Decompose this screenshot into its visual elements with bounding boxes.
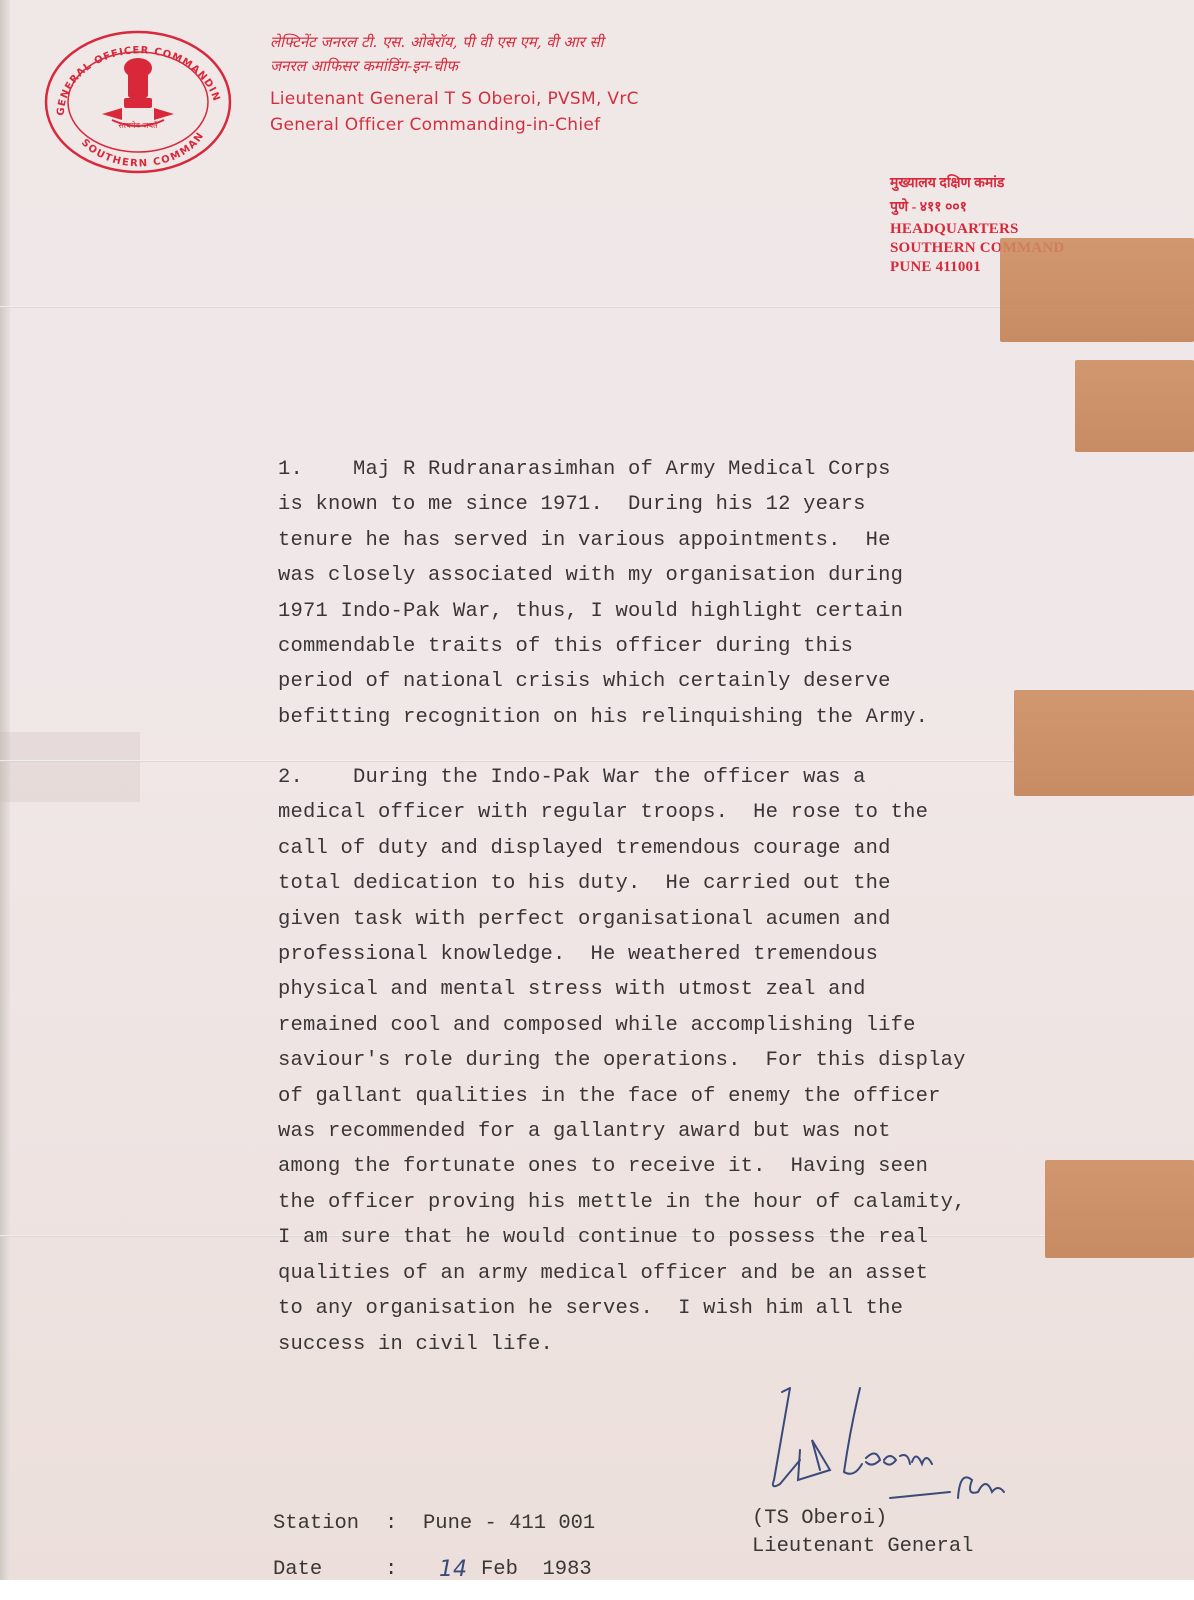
letterhead-hindi-title: जनरल आफिसर कमांडिंग-इन-चीफ: [270, 54, 639, 78]
address-hindi-1: मुख्यालय दक्षिण कमांड: [890, 172, 1064, 196]
background: [0, 1580, 1194, 1600]
signature: [760, 1380, 1040, 1510]
station-row: Station : Pune - 411 001: [273, 1500, 595, 1546]
text-line: was closely associated with my organisat…: [278, 558, 1058, 593]
address-line-1: HEADQUARTERS: [890, 220, 1064, 239]
text-line: qualities of an army medical officer and…: [278, 1256, 1058, 1291]
letter-page: GENERAL OFFICER COMMANDING-IN-CHIEF SOUT…: [0, 0, 1194, 1580]
station-value: Pune - 411 001: [423, 1512, 595, 1535]
text-line: saviour's role during the operations. Fo…: [278, 1043, 1058, 1078]
text-line: total dedication to his duty. He carried…: [278, 866, 1058, 901]
paper-stain: [0, 732, 140, 802]
text-line: period of national crisis which certainl…: [278, 664, 1058, 699]
letterhead-hindi-name: लेफ्टिनेंट जनरल टी. एस. ओबेरॉय, पी वी एस…: [270, 30, 639, 54]
date-day-handwritten: 14: [439, 1557, 467, 1581]
letterhead-title: General Officer Commanding-in-Chief: [270, 112, 639, 138]
text-line: befitting recognition on his relinquishi…: [278, 700, 1058, 735]
signatory-block: (TS Oberoi) Lieutenant General: [752, 1505, 973, 1561]
text-line: given task with perfect organisational a…: [278, 902, 1058, 937]
text-line: among the fortunate ones to receive it. …: [278, 1149, 1058, 1184]
text-line: of gallant qualities in the face of enem…: [278, 1079, 1058, 1114]
text-line: success in civil life.: [278, 1327, 1058, 1362]
colon: :: [385, 1558, 423, 1581]
adhesive-tape: [1000, 238, 1194, 342]
signatory-name: (TS Oberoi): [752, 1505, 973, 1533]
paragraph-2: 2. During the Indo-Pak War the officer w…: [278, 760, 1058, 1362]
text-line: tenure he has served in various appointm…: [278, 523, 1058, 558]
address-hindi-2: पुणे - ४११ ००१: [890, 196, 1064, 220]
adhesive-tape: [1014, 690, 1194, 796]
ashoka-emblem-icon: GENERAL OFFICER COMMANDING-IN-CHIEF SOUT…: [42, 28, 234, 176]
text-line: 1. Maj R Rudranarasimhan of Army Medical…: [278, 452, 1058, 487]
paragraph-1: 1. Maj R Rudranarasimhan of Army Medical…: [278, 452, 1058, 735]
signatory-rank: Lieutenant General: [752, 1533, 973, 1561]
text-line: 1971 Indo-Pak War, thus, I would highlig…: [278, 594, 1058, 629]
adhesive-tape: [1045, 1160, 1194, 1258]
text-line: is known to me since 1971. During his 12…: [278, 487, 1058, 522]
station-label: Station: [273, 1512, 385, 1535]
text-line: I am sure that he would continue to poss…: [278, 1220, 1058, 1255]
date-rest: Feb 1983: [481, 1558, 592, 1581]
text-line: the officer proving his mettle in the ho…: [278, 1185, 1058, 1220]
text-line: was recommended for a gallantry award bu…: [278, 1114, 1058, 1149]
date-row: Date : 14 Feb 1983: [273, 1546, 595, 1580]
text-line: medical officer with regular troops. He …: [278, 795, 1058, 830]
letterhead-name: Lieutenant General T S Oberoi, PVSM, VrC: [270, 86, 639, 112]
text-line: physical and mental stress with utmost z…: [278, 972, 1058, 1007]
letterhead: लेफ्टिनेंट जनरल टी. एस. ओबेरॉय, पी वी एस…: [270, 30, 639, 138]
adhesive-tape: [1075, 360, 1194, 452]
date-label: Date: [273, 1558, 385, 1581]
text-line: remained cool and composed while accompl…: [278, 1008, 1058, 1043]
text-line: 2. During the Indo-Pak War the officer w…: [278, 760, 1058, 795]
text-line: commendable traits of this officer durin…: [278, 629, 1058, 664]
text-line: call of duty and displayed tremendous co…: [278, 831, 1058, 866]
text-line: professional knowledge. He weathered tre…: [278, 937, 1058, 972]
svg-text:सत्यमेव जयते: सत्यमेव जयते: [118, 120, 158, 130]
colon: :: [385, 1512, 423, 1535]
station-date-block: Station : Pune - 411 001 Date : 14 Feb 1…: [273, 1500, 595, 1580]
text-line: to any organisation he serves. I wish hi…: [278, 1291, 1058, 1326]
